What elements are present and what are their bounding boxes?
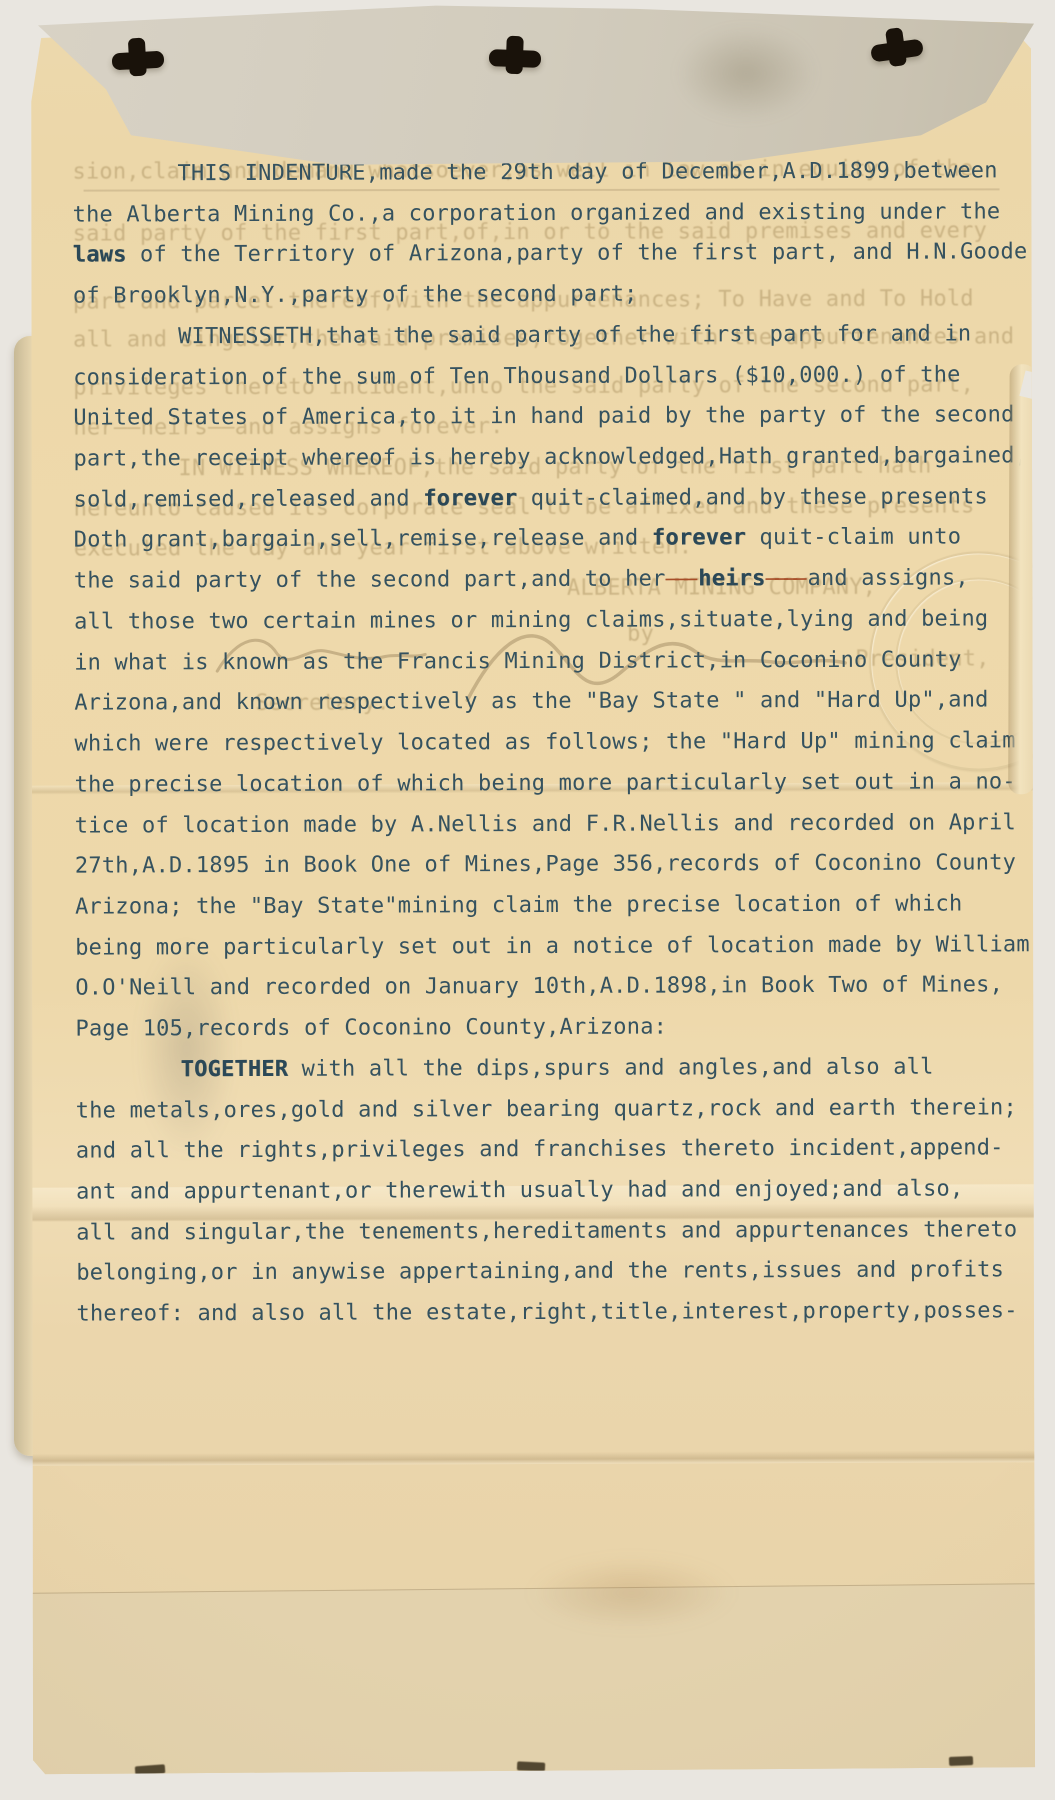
document-line: part,the receipt whereof is hereby ackno… — [73, 443, 1028, 487]
document-line: sold,remised,released and forever quit-c… — [74, 484, 1029, 528]
document-line: Arizona,and known respectively as the "B… — [74, 688, 1029, 732]
document-line: which were respectively located as follo… — [74, 728, 1029, 772]
document-line: WITNESSETH,that the said party of the fi… — [73, 321, 1028, 365]
brass-fastener — [489, 49, 542, 68]
document-line: in what is known as the Francis Mining D… — [74, 647, 1029, 691]
document-line: being more particularly set out in a not… — [75, 932, 1030, 976]
paper-curl-right — [1008, 364, 1036, 794]
document-line: the precise location of which being more… — [75, 769, 1030, 813]
document-line: belonging,or in anywise appertaining,and… — [76, 1258, 1031, 1302]
document-line: Doth grant,bargain,sell,remise,release a… — [74, 525, 1029, 569]
document-line: laws of the Territory of Arizona,party o… — [73, 240, 1028, 284]
document-line: all those two certain mines or mining cl… — [74, 606, 1029, 650]
document-line: of Brooklyn,N.Y.,party of the second par… — [73, 280, 1028, 324]
brass-fastener — [112, 51, 165, 71]
paper-sheet: sion,claim and demand whatsoever,as well… — [25, 6, 1039, 1778]
document-line: Arizona; the "Bay State"mining claim the… — [75, 891, 1030, 935]
typed-lines: THIS INDENTURE,made the 29th day of Dece… — [72, 158, 1031, 1342]
document-line: 27th,A.D.1895 in Book One of Mines,Page … — [75, 850, 1030, 894]
edge-smudge — [517, 1761, 545, 1771]
document-line: thereof: and also all the estate,right,t… — [76, 1298, 1031, 1342]
document-line: the Alberta Mining Co.,a corporation org… — [73, 199, 1028, 243]
fold-crease — [30, 1450, 1038, 1466]
document-line: tice of location made by A.Nellis and F.… — [75, 810, 1030, 854]
document-line: United States of America,to it in hand p… — [73, 403, 1028, 447]
document-scan: sion,claim and demand whatsoever,as well… — [0, 0, 1055, 1800]
document-line: TOGETHER with all the dips,spurs and ang… — [76, 1054, 1031, 1098]
document-line: O.O'Neill and recorded on January 10th,A… — [75, 973, 1030, 1017]
edge-smudge — [135, 1764, 166, 1775]
document-line: the metals,ores,gold and silver bearing … — [76, 1095, 1031, 1139]
stain — [526, 1555, 736, 1631]
document-line: ant and appurtenant,or therewith usually… — [76, 1176, 1031, 1220]
document-line: and all the rights,privileges and franch… — [76, 1136, 1031, 1180]
document-line: the said party of the second part,and to… — [74, 565, 1029, 609]
flap-stain — [676, 26, 816, 121]
document-line: consideration of the sum of Ten Thousand… — [73, 362, 1028, 406]
edge-smudge — [949, 1756, 973, 1766]
document-line: all and singular,the tenements,hereditam… — [76, 1217, 1031, 1261]
document-line: Page 105,records of Coconino County,Ariz… — [75, 1013, 1030, 1057]
document-line: THIS INDENTURE,made the 29th day of Dece… — [72, 158, 1027, 202]
